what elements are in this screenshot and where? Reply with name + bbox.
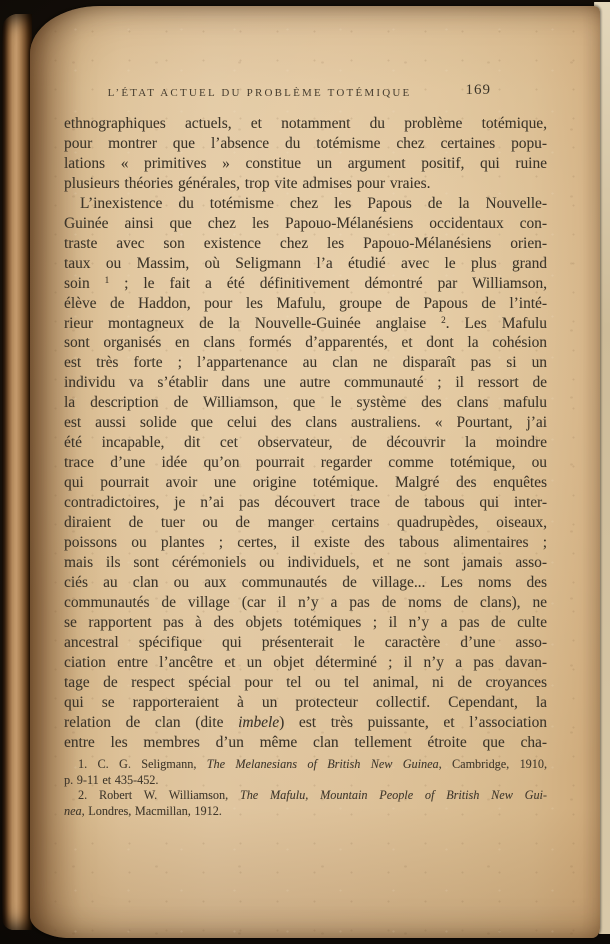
paragraph: ethnographiques actuels, et notamment du… <box>64 114 547 194</box>
text-line: la description de Williamson, que le sys… <box>64 393 547 413</box>
paragraph: L’inexistence du totémisme chez les Papo… <box>64 194 547 753</box>
text-line: ciés au clan ou aux communautés de villa… <box>64 573 547 593</box>
text-line: qui pourrait avoir une origine totémique… <box>64 473 547 493</box>
text-line: ethnographiques actuels, et notamment du… <box>64 114 547 134</box>
text-line: trace d’une idée qu’on pourrait regarder… <box>64 453 547 473</box>
page-number: 169 <box>466 82 492 99</box>
text-line: relation de clan (dite imbele) est très … <box>64 713 547 733</box>
paragraph: 1. C. G. Seligmann, The Melanesians of B… <box>64 757 547 788</box>
footnotes: 1. C. G. Seligmann, The Melanesians of B… <box>64 757 547 819</box>
running-header-title: L’ÉTAT ACTUEL DU PROBLÈME TOTÉMIQUE <box>64 87 455 99</box>
text-line: communautés de village (car il n’y a pas… <box>64 593 547 613</box>
text-line: mais ils sont cérémoniels ou individuels… <box>64 553 547 573</box>
text-line: soin 1 ; le fait a été définitivement dé… <box>64 274 547 294</box>
text-line: qui se rapporteraient à un protecteur co… <box>64 693 547 713</box>
book-page: L’ÉTAT ACTUEL DU PROBLÈME TOTÉMIQUE 169 … <box>30 6 600 938</box>
text-line: sont organisés en clans formés d’apparen… <box>64 333 547 353</box>
text-line: plusieurs théories générales, trop vite … <box>64 174 547 194</box>
text-line: contradictoires, je n’ai pas découvert t… <box>64 493 547 513</box>
text-line: pour montrer que l’absence du totémisme … <box>64 134 547 154</box>
text-line: Guinée ainsi que chez les Papouo-Mélanés… <box>64 214 547 234</box>
text-line: tage de respect spécial pour tel ou tel … <box>64 673 547 693</box>
text-line: ancestral spécifique qui présenterait le… <box>64 633 547 653</box>
text-line: L’inexistence du totémisme chez les Papo… <box>64 194 547 214</box>
text-line: lations « primitives » constitue un argu… <box>64 154 547 174</box>
text-line: ciation entre l’ancêtre et un objet déte… <box>64 653 547 673</box>
paragraph: 2. Robert W. Williamson, The Mafulu, Mou… <box>64 788 547 819</box>
text-line: p. 9-11 et 435-452. <box>64 773 547 789</box>
text-line: est aussi solide que celui des clans aus… <box>64 413 547 433</box>
body-text: ethnographiques actuels, et notamment du… <box>64 114 547 753</box>
book-scan: L’ÉTAT ACTUEL DU PROBLÈME TOTÉMIQUE 169 … <box>0 0 610 944</box>
text-line: traste avec son existence chez les Papou… <box>64 234 547 254</box>
left-page-edges <box>2 14 32 930</box>
text-line: élève de Haddon, pour les Mafulu, groupe… <box>64 294 547 314</box>
text-line: poissons ou plantes ; certes, il existe … <box>64 533 547 553</box>
text-line: 2. Robert W. Williamson, The Mafulu, Mou… <box>64 788 547 804</box>
running-header: L’ÉTAT ACTUEL DU PROBLÈME TOTÉMIQUE 169 <box>64 85 547 103</box>
text-line: taux ou Massim, où Seligmann l’a étudié … <box>64 254 547 274</box>
text-line: individu va s’établir dans une autre com… <box>64 373 547 393</box>
text-line: 1. C. G. Seligmann, The Melanesians of B… <box>64 757 547 773</box>
text-line: se rapportent pas à des objets totémique… <box>64 613 547 633</box>
text-line: diraient de tuer ou de manger certains q… <box>64 513 547 533</box>
text-line: été incapable, dit cet observateur, de d… <box>64 433 547 453</box>
text-line: nea, Londres, Macmillan, 1912. <box>64 804 547 820</box>
text-line: entre les membres d’un même clan telleme… <box>64 733 547 753</box>
text-line: rieur montagneux de la Nouvelle-Guinée a… <box>64 314 547 334</box>
text-line: est très forte ; l’appartenance au clan … <box>64 353 547 373</box>
